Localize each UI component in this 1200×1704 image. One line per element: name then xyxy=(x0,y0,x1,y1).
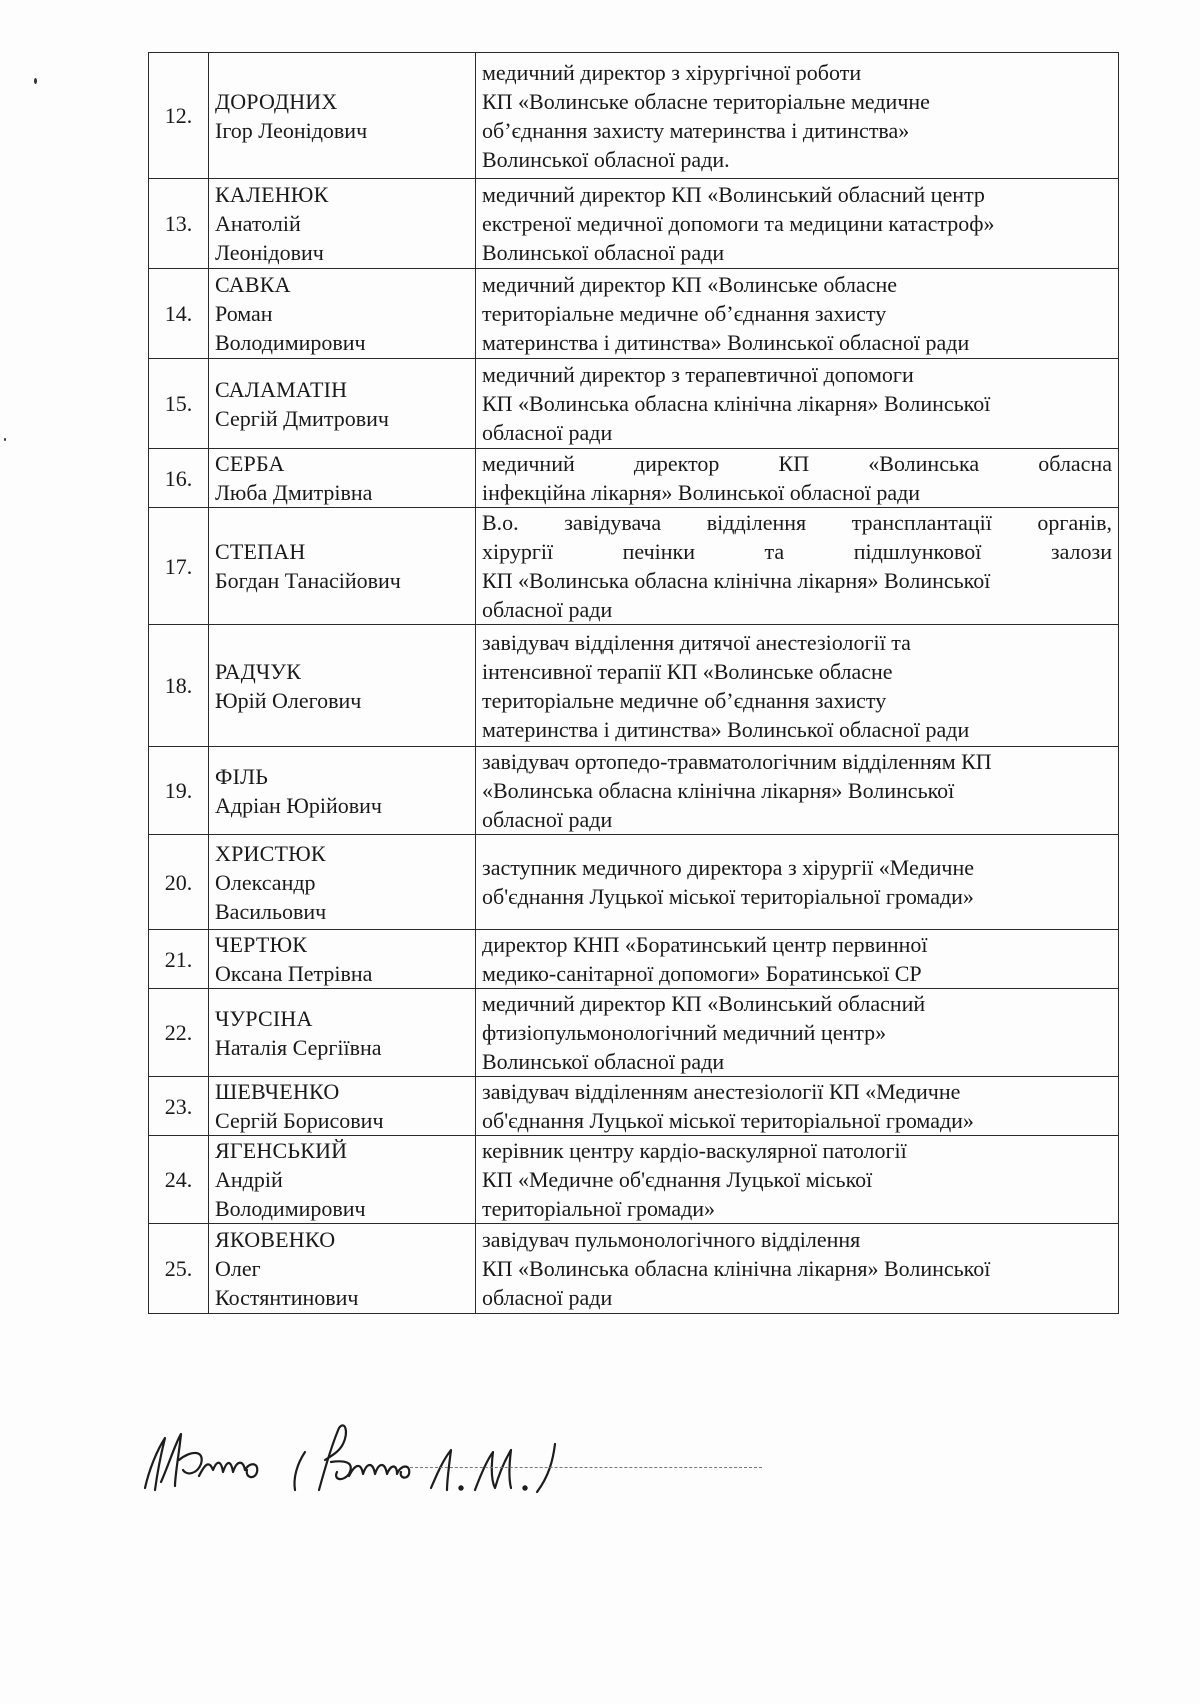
person-name-cell: ЧЕРТЮКОксана Петрівна xyxy=(209,930,476,989)
position-line: КП «Волинське обласне територіальне меди… xyxy=(482,87,1112,116)
position-line: керівник центру кардіо-васкулярної патол… xyxy=(482,1136,1112,1165)
surname: ЧЕРТЮК xyxy=(215,930,469,959)
row-number: 20. xyxy=(149,835,209,930)
surname: ЯГЕНСЬКИЙ xyxy=(215,1136,469,1165)
table-row: 19.ФІЛЬАдріан Юрійовичзавідувач ортопедо… xyxy=(149,747,1119,835)
given-name-line: Володимирович xyxy=(215,328,469,357)
row-number: 21. xyxy=(149,930,209,989)
position-line: обласної ради xyxy=(482,418,1112,447)
position-line: медичний директор з терапевтичної допомо… xyxy=(482,360,1112,389)
position-cell: завідувач пульмонологічного відділенняКП… xyxy=(476,1224,1119,1314)
surname: САВКА xyxy=(215,270,469,299)
position-line: Волинської обласної ради xyxy=(482,1047,1112,1076)
position-line: материнства і дитинства» Волинської обла… xyxy=(482,715,1112,744)
position-cell: керівник центру кардіо-васкулярної патол… xyxy=(476,1136,1119,1224)
person-name-cell: САВКАРоманВолодимирович xyxy=(209,269,476,359)
position-line: фтизіопульмонологічний медичний центр» xyxy=(482,1018,1112,1047)
person-name-cell: САЛАМАТІНСергій Дмитрович xyxy=(209,359,476,449)
table-row: 25.ЯКОВЕНКООлегКостянтиновичзавідувач пу… xyxy=(149,1224,1119,1314)
given-name-line: Костянтинович xyxy=(215,1283,469,1312)
row-number: 14. xyxy=(149,269,209,359)
position-line: територіальної громади» xyxy=(482,1194,1112,1223)
surname: РАДЧУК xyxy=(215,657,469,686)
position-cell: завідувач відділенням анестезіології КП … xyxy=(476,1077,1119,1136)
given-name-line: Наталія Сергіївна xyxy=(215,1033,469,1062)
position-cell: медичний директор КП «Волинський обласни… xyxy=(476,179,1119,269)
position-line: КП «Волинська обласна клінічна лікарня» … xyxy=(482,1254,1112,1283)
position-line: обласної ради xyxy=(482,595,1112,624)
position-line: медичний директор КП «Волинське обласне xyxy=(482,270,1112,299)
table-row: 21.ЧЕРТЮКОксана Петрівнадиректор КНП «Бо… xyxy=(149,930,1119,989)
position-line: В.о. завідувача відділення трансплантаці… xyxy=(482,508,1112,537)
position-line: директор КНП «Боратинський центр первинн… xyxy=(482,930,1112,959)
surname: ШЕВЧЕНКО xyxy=(215,1077,469,1106)
signature-underline xyxy=(410,1467,762,1469)
position-line: медико-санітарної допомоги» Боратинської… xyxy=(482,959,1112,988)
row-number: 22. xyxy=(149,989,209,1077)
position-line: медичний директор КП «Волинський обласни… xyxy=(482,180,1112,209)
given-name-line: Люба Дмитрівна xyxy=(215,478,469,507)
given-name-line: Олег xyxy=(215,1254,469,1283)
position-cell: медичний директор КП «Волинська обласнаі… xyxy=(476,449,1119,508)
person-name-cell: КАЛЕНЮКАнатолійЛеонідович xyxy=(209,179,476,269)
surname: ФІЛЬ xyxy=(215,762,469,791)
surname: ЧУРСІНА xyxy=(215,1004,469,1033)
given-name-line: Сергій Дмитрович xyxy=(215,404,469,433)
row-number: 19. xyxy=(149,747,209,835)
person-name-cell: ЧУРСІНАНаталія Сергіївна xyxy=(209,989,476,1077)
position-line: медичний директор з хірургічної роботи xyxy=(482,58,1112,87)
surname: ДОРОДНИХ xyxy=(215,87,469,116)
person-name-cell: ФІЛЬАдріан Юрійович xyxy=(209,747,476,835)
person-name-cell: ХРИСТЮКОлександрВасильович xyxy=(209,835,476,930)
position-line: медичний директор КП «Волинський обласни… xyxy=(482,989,1112,1018)
position-cell: заступник медичного директора з хірургії… xyxy=(476,835,1119,930)
scan-speck xyxy=(4,438,6,441)
position-line: медичний директор КП «Волинська обласна xyxy=(482,449,1112,478)
person-name-cell: РАДЧУКЮрій Олегович xyxy=(209,625,476,747)
row-number: 18. xyxy=(149,625,209,747)
handwritten-signature xyxy=(135,1420,775,1500)
position-cell: завідувач ортопедо-травматологічним відд… xyxy=(476,747,1119,835)
position-line: завідувач відділенням анестезіології КП … xyxy=(482,1077,1112,1106)
position-cell: медичний директор з терапевтичної допомо… xyxy=(476,359,1119,449)
position-line: материнства і дитинства» Волинської обла… xyxy=(482,328,1112,357)
surname: САЛАМАТІН xyxy=(215,375,469,404)
position-cell: директор КНП «Боратинський центр первинн… xyxy=(476,930,1119,989)
table-row: 22.ЧУРСІНАНаталія Сергіївнамедичний дире… xyxy=(149,989,1119,1077)
person-name-cell: ЯГЕНСЬКИЙАндрійВолодимирович xyxy=(209,1136,476,1224)
table-row: 14.САВКАРоманВолодимировичмедичний дирек… xyxy=(149,269,1119,359)
position-line: КП «Волинська обласна клінічна лікарня» … xyxy=(482,389,1112,418)
row-number: 15. xyxy=(149,359,209,449)
position-line: завідувач пульмонологічного відділення xyxy=(482,1225,1112,1254)
position-line: заступник медичного директора з хірургії… xyxy=(482,853,1112,882)
position-line: КП «Медичне об'єднання Луцької міської xyxy=(482,1165,1112,1194)
surname: ЯКОВЕНКО xyxy=(215,1225,469,1254)
position-line: територіальне медичне об’єднання захисту xyxy=(482,686,1112,715)
position-line: обласної ради xyxy=(482,805,1112,834)
given-name-line: Васильович xyxy=(215,897,469,926)
given-name-line: Юрій Олегович xyxy=(215,686,469,715)
position-cell: медичний директор КП «Волинське обласнет… xyxy=(476,269,1119,359)
given-name-line: Адріан Юрійович xyxy=(215,791,469,820)
position-line: інтенсивної терапії КП «Волинське обласн… xyxy=(482,657,1112,686)
row-number: 13. xyxy=(149,179,209,269)
position-cell: В.о. завідувача відділення трансплантаці… xyxy=(476,508,1119,625)
position-line: об'єднання Луцької міської територіально… xyxy=(482,882,1112,911)
given-name-line: Сергій Борисович xyxy=(215,1106,469,1135)
surname: СЕРБА xyxy=(215,449,469,478)
table-row: 24.ЯГЕНСЬКИЙАндрійВолодимировичкерівник … xyxy=(149,1136,1119,1224)
given-name-line: Анатолій xyxy=(215,209,469,238)
row-number: 23. xyxy=(149,1077,209,1136)
given-name-line: Олександр xyxy=(215,868,469,897)
table-row: 18.РАДЧУКЮрій Олеговичзавідувач відділен… xyxy=(149,625,1119,747)
table-row: 20.ХРИСТЮКОлександрВасильовичзаступник м… xyxy=(149,835,1119,930)
table-row: 17.СТЕПАНБогдан ТанасійовичВ.о. завідува… xyxy=(149,508,1119,625)
position-cell: завідувач відділення дитячої анестезіоло… xyxy=(476,625,1119,747)
person-name-cell: ЯКОВЕНКООлегКостянтинович xyxy=(209,1224,476,1314)
position-line: екстреної медичної допомоги та медицини … xyxy=(482,209,1112,238)
position-line: обласної ради xyxy=(482,1283,1112,1312)
position-line: КП «Волинська обласна клінічна лікарня» … xyxy=(482,566,1112,595)
given-name-line: Андрій xyxy=(215,1165,469,1194)
position-line: завідувач ортопедо-травматологічним відд… xyxy=(482,747,1112,776)
row-number: 25. xyxy=(149,1224,209,1314)
row-number: 12. xyxy=(149,53,209,179)
given-name-line: Ігор Леонідович xyxy=(215,116,469,145)
position-line: завідувач відділення дитячої анестезіоло… xyxy=(482,628,1112,657)
table-row: 15.САЛАМАТІНСергій Дмитровичмедичний дир… xyxy=(149,359,1119,449)
position-line: хірургії печінки та підшлункової залози xyxy=(482,537,1112,566)
position-line: територіальне медичне об’єднання захисту xyxy=(482,299,1112,328)
table-row: 16.СЕРБАЛюба Дмитрівнамедичний директор … xyxy=(149,449,1119,508)
given-name-line: Оксана Петрівна xyxy=(215,959,469,988)
position-line: об’єднання захисту материнства і дитинст… xyxy=(482,116,1112,145)
given-name-line: Богдан Танасійович xyxy=(215,566,469,595)
surname: СТЕПАН xyxy=(215,537,469,566)
surname: ХРИСТЮК xyxy=(215,839,469,868)
personnel-table: 12.ДОРОДНИХІгор Леонідовичмедичний дирек… xyxy=(148,52,1119,1314)
table-row: 13.КАЛЕНЮКАнатолійЛеонідовичмедичний дир… xyxy=(149,179,1119,269)
person-name-cell: СЕРБАЛюба Дмитрівна xyxy=(209,449,476,508)
row-number: 24. xyxy=(149,1136,209,1224)
position-line: об'єднання Луцької міської територіально… xyxy=(482,1106,1112,1135)
given-name-line: Роман xyxy=(215,299,469,328)
row-number: 16. xyxy=(149,449,209,508)
given-name-line: Леонідович xyxy=(215,238,469,267)
row-number: 17. xyxy=(149,508,209,625)
surname: КАЛЕНЮК xyxy=(215,180,469,209)
given-name-line: Володимирович xyxy=(215,1194,469,1223)
position-line: Волинської обласної ради. xyxy=(482,145,1112,174)
position-cell: медичний директор КП «Волинський обласни… xyxy=(476,989,1119,1077)
position-line: Волинської обласної ради xyxy=(482,238,1112,267)
position-line: інфекційна лікарня» Волинської обласної … xyxy=(482,478,1112,507)
document-page: 12.ДОРОДНИХІгор Леонідовичмедичний дирек… xyxy=(0,0,1200,1704)
person-name-cell: ШЕВЧЕНКОСергій Борисович xyxy=(209,1077,476,1136)
position-line: «Волинська обласна клінічна лікарня» Вол… xyxy=(482,776,1112,805)
table-row: 23.ШЕВЧЕНКОСергій Борисовичзавідувач від… xyxy=(149,1077,1119,1136)
person-name-cell: СТЕПАНБогдан Танасійович xyxy=(209,508,476,625)
person-name-cell: ДОРОДНИХІгор Леонідович xyxy=(209,53,476,179)
scan-speck xyxy=(34,78,37,84)
position-cell: медичний директор з хірургічної роботиКП… xyxy=(476,53,1119,179)
table-row: 12.ДОРОДНИХІгор Леонідовичмедичний дирек… xyxy=(149,53,1119,179)
